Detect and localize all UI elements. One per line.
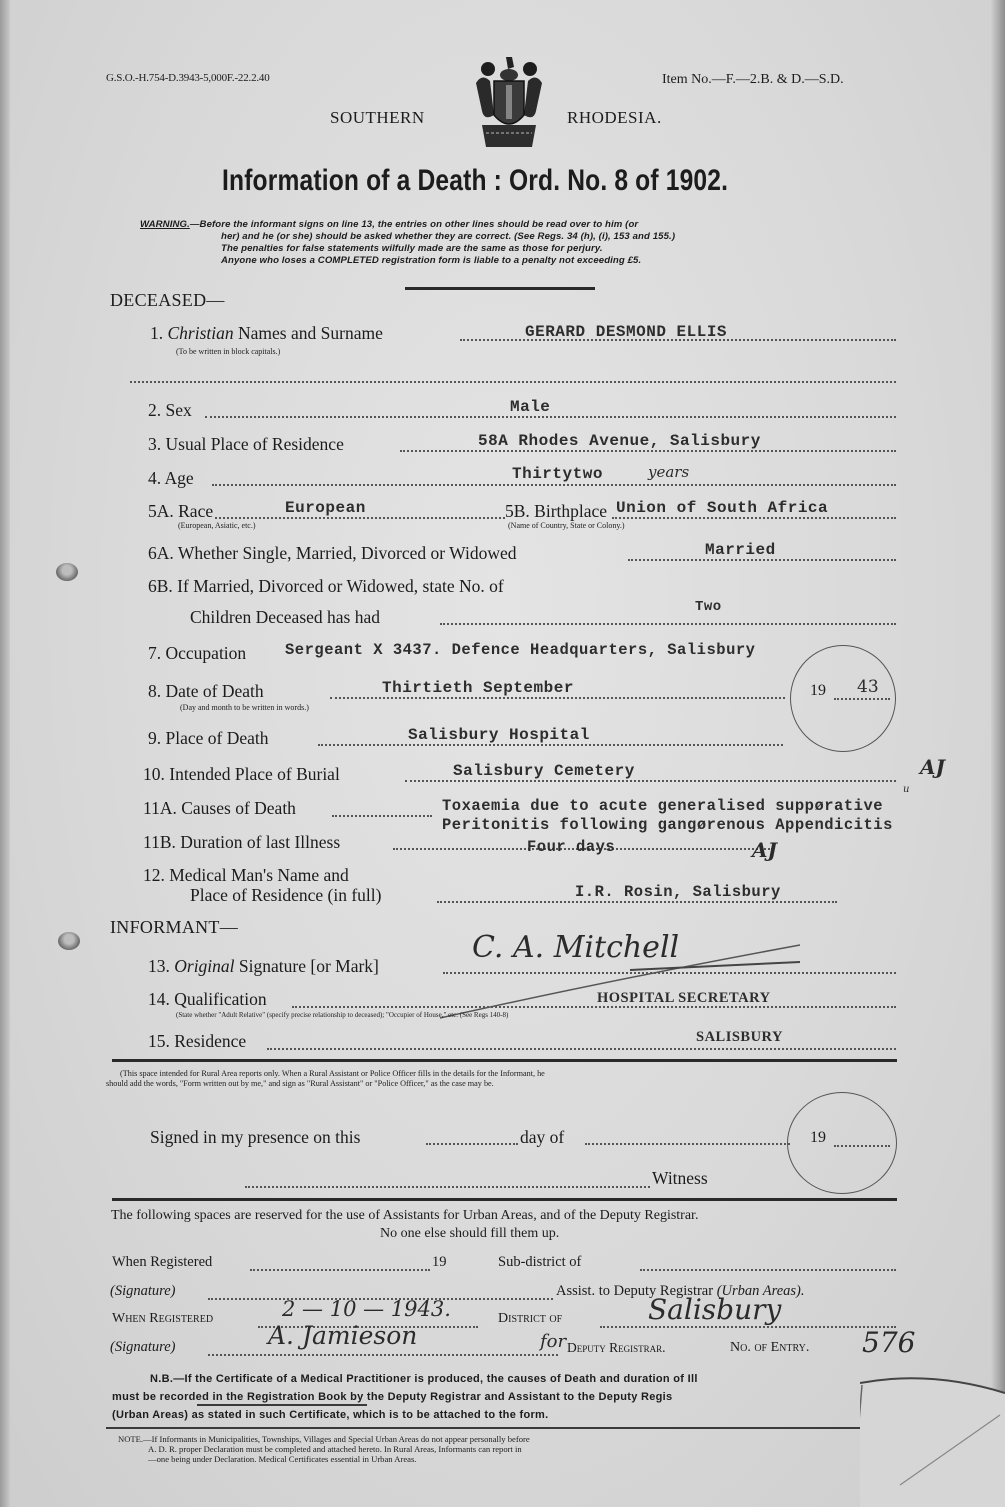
- rural-note-line-2: should add the words, "Form written out …: [106, 1078, 494, 1089]
- causes-line: [332, 815, 432, 817]
- deputy-signature-label: (Signature): [110, 1339, 176, 1356]
- signature-stroke: [430, 940, 810, 1020]
- date-of-death-hint: (Day and month to be written in words.): [180, 703, 309, 712]
- race-hint: (European, Asiatic, etc.): [178, 521, 256, 530]
- reserved-notice-2: No one else should fill them up.: [380, 1226, 559, 1242]
- warning-line-2: her) and he (or she) should be asked whe…: [221, 231, 675, 243]
- race-line: [215, 517, 505, 519]
- sex-label: 2. Sex: [148, 400, 192, 421]
- district-line: [600, 1326, 896, 1328]
- district-label: District of: [498, 1311, 562, 1327]
- signed-month-line[interactable]: [585, 1143, 790, 1145]
- birthplace-line: [612, 517, 896, 519]
- nb-line-3: (Urban Areas) as stated in such Certific…: [112, 1406, 548, 1424]
- deputy-signature-line: [208, 1354, 558, 1356]
- informant-residence-label: 15. Residence: [148, 1031, 246, 1052]
- folded-corner: [860, 1375, 1005, 1507]
- witness-line[interactable]: [245, 1186, 650, 1188]
- signature-label: 13. Original Signature [or Mark]: [148, 956, 379, 977]
- burial-line: [405, 780, 896, 782]
- marital-line: [628, 559, 896, 561]
- birthplace-hint: (Name of Country, State or Colony.): [508, 521, 625, 530]
- residence-line: [400, 450, 896, 452]
- when-registered-2-field[interactable]: 2 — 10 — 1943.: [282, 1297, 451, 1321]
- form-title: Information of a Death : Ord. No. 8 of 1…: [222, 164, 728, 198]
- children-label-1: 6B. If Married, Divorced or Widowed, sta…: [148, 576, 504, 597]
- duration-label: 11B. Duration of last Illness: [143, 832, 340, 853]
- qualification-hint: (State whether "Adult Relative" (specify…: [176, 1011, 508, 1019]
- assist-signature-label: (Signature): [110, 1283, 176, 1300]
- sub-district-label: Sub-district of: [498, 1254, 581, 1271]
- occupation-field[interactable]: Sergeant X 3437. Defence Headquarters, S…: [285, 641, 755, 659]
- informant-residence-line: [267, 1048, 896, 1050]
- note-line-3: —one being under Declaration. Medical Ce…: [148, 1454, 416, 1465]
- qualification-line: [292, 1006, 896, 1008]
- when-registered-year: 19: [432, 1254, 447, 1271]
- footer-divider: [106, 1427, 866, 1429]
- residence-label: 3. Usual Place of Residence: [148, 434, 344, 455]
- children-line: [440, 623, 896, 625]
- page-right-edge: [991, 0, 1005, 1507]
- informant-section-title: INFORMANT—: [110, 917, 238, 938]
- birthplace-label: 5B. Birthplace: [505, 501, 607, 522]
- date-of-death-field[interactable]: Thirtieth September: [382, 679, 574, 697]
- occupation-label: 7. Occupation: [148, 643, 246, 664]
- form-code: G.S.O.-H.754-D.3943-5,000F.-22.2.40: [106, 72, 270, 84]
- name-hint: (To be written in block capitals.): [176, 347, 280, 356]
- date-of-death-label: 8. Date of Death: [148, 681, 264, 702]
- initials-mark-2: AJ: [752, 838, 777, 862]
- country-right: RHODESIA.: [567, 108, 662, 128]
- age-field[interactable]: Thirtytwo: [512, 465, 603, 483]
- marital-label: 6A. Whether Single, Married, Divorced or…: [148, 543, 516, 564]
- age-line: [212, 484, 896, 486]
- signed-presence-label: Signed in my presence on this: [150, 1127, 360, 1148]
- when-registered-line[interactable]: [250, 1269, 430, 1271]
- punch-hole-upper: [56, 563, 78, 581]
- qualification-field[interactable]: HOSPITAL SECRETARY: [597, 990, 771, 1007]
- rural-year-prefix: 19: [810, 1129, 826, 1147]
- children-field[interactable]: Two: [695, 599, 722, 615]
- date-of-death-line: [330, 697, 785, 699]
- death-year-field[interactable]: 43: [857, 677, 879, 697]
- informant-divider: [112, 1059, 897, 1062]
- causes-field-line-2[interactable]: Peritonitis following gangørenous Append…: [442, 816, 893, 834]
- place-of-death-line: [318, 744, 783, 746]
- item-number: Item No.—F.—2.B. & D.—S.D.: [662, 72, 844, 88]
- when-registered-2-label: When Registered: [112, 1311, 213, 1327]
- warning-line-4: Anyone who loses a COMPLETED registratio…: [221, 255, 641, 267]
- medical-label-1: 12. Medical Man's Name and: [143, 865, 349, 886]
- duration-field[interactable]: Four days: [527, 838, 615, 856]
- age-label: 4. Age: [148, 468, 194, 489]
- residence-field[interactable]: 58A Rhodes Avenue, Salisbury: [478, 432, 761, 450]
- deceased-section-title: DECEASED—: [110, 290, 225, 311]
- name-label: 1. Christian Names and Surname: [150, 323, 383, 344]
- informant-residence-field[interactable]: SALISBURY: [696, 1029, 783, 1046]
- place-of-death-field[interactable]: Salisbury Hospital: [408, 726, 590, 744]
- medical-label-2: Place of Residence (in full): [190, 885, 381, 906]
- medical-line: [437, 901, 837, 903]
- place-of-death-label: 9. Place of Death: [148, 728, 269, 749]
- medical-field[interactable]: I.R. Rosin, Salisbury: [575, 883, 781, 901]
- rural-divider: [112, 1198, 897, 1201]
- when-registered-label: When Registered: [112, 1254, 212, 1271]
- birthplace-field[interactable]: Union of South Africa: [616, 499, 828, 517]
- death-registration-form: G.S.O.-H.754-D.3943-5,000F.-22.2.40 Item…: [0, 0, 1005, 1507]
- country-left: SOUTHERN: [330, 108, 425, 128]
- name-field[interactable]: GERARD DESMOND ELLIS: [525, 323, 727, 341]
- sex-field[interactable]: Male: [510, 398, 550, 416]
- warning-label: WARNING.: [140, 219, 190, 230]
- warning-line-3: The penalties for false statements wilfu…: [221, 243, 603, 255]
- sub-district-line[interactable]: [640, 1269, 896, 1271]
- children-label-2: Children Deceased has had: [190, 607, 380, 628]
- day-of-label: day of: [520, 1127, 564, 1148]
- nb-line-1: N.B.—If the Certificate of a Medical Pra…: [150, 1370, 698, 1388]
- correction-mark: u: [903, 784, 909, 795]
- rural-year-line[interactable]: [834, 1145, 890, 1147]
- nb-underline: [197, 1404, 367, 1406]
- sex-line: [205, 416, 896, 418]
- entry-number-field[interactable]: 576: [862, 1326, 915, 1359]
- qualification-label: 14. Qualification: [148, 989, 267, 1010]
- punch-hole-lower: [58, 932, 80, 950]
- witness-label: Witness: [652, 1168, 708, 1189]
- district-field[interactable]: Salisbury: [648, 1293, 781, 1326]
- signed-day-line[interactable]: [426, 1143, 518, 1145]
- header-divider: [405, 287, 595, 290]
- burial-field[interactable]: Salisbury Cemetery: [453, 762, 635, 780]
- race-label: 5A. Race: [148, 501, 213, 522]
- burial-label: 10. Intended Place of Burial: [143, 764, 340, 785]
- death-year-prefix: 19: [810, 682, 826, 700]
- causes-field-line-1[interactable]: Toxaemia due to acute generalised suppør…: [442, 797, 883, 815]
- coat-of-arms-icon: [468, 55, 550, 150]
- death-year-line: [834, 698, 890, 700]
- warning-notice: WARNING.—Before the informant signs on l…: [140, 219, 638, 231]
- race-field[interactable]: European: [285, 499, 366, 517]
- rural-year-circle: [787, 1092, 897, 1194]
- causes-label: 11A. Causes of Death: [143, 798, 296, 819]
- deputy-registrar-label: Deputy Registrar.: [567, 1340, 666, 1356]
- reserved-notice-1: The following spaces are reserved for th…: [111, 1208, 698, 1224]
- initials-mark-1: AJ: [920, 755, 945, 779]
- name-line-2: [130, 381, 896, 383]
- entry-number-label: No. of Entry.: [730, 1340, 809, 1356]
- warning-line-1: —Before the informant signs on line 13, …: [190, 219, 638, 230]
- page-left-edge: [0, 0, 10, 1507]
- age-handwritten: years: [648, 463, 689, 481]
- for-mark: for: [540, 1331, 566, 1352]
- marital-field[interactable]: Married: [705, 541, 776, 559]
- deputy-signature-field[interactable]: A. Jamieson: [268, 1321, 417, 1350]
